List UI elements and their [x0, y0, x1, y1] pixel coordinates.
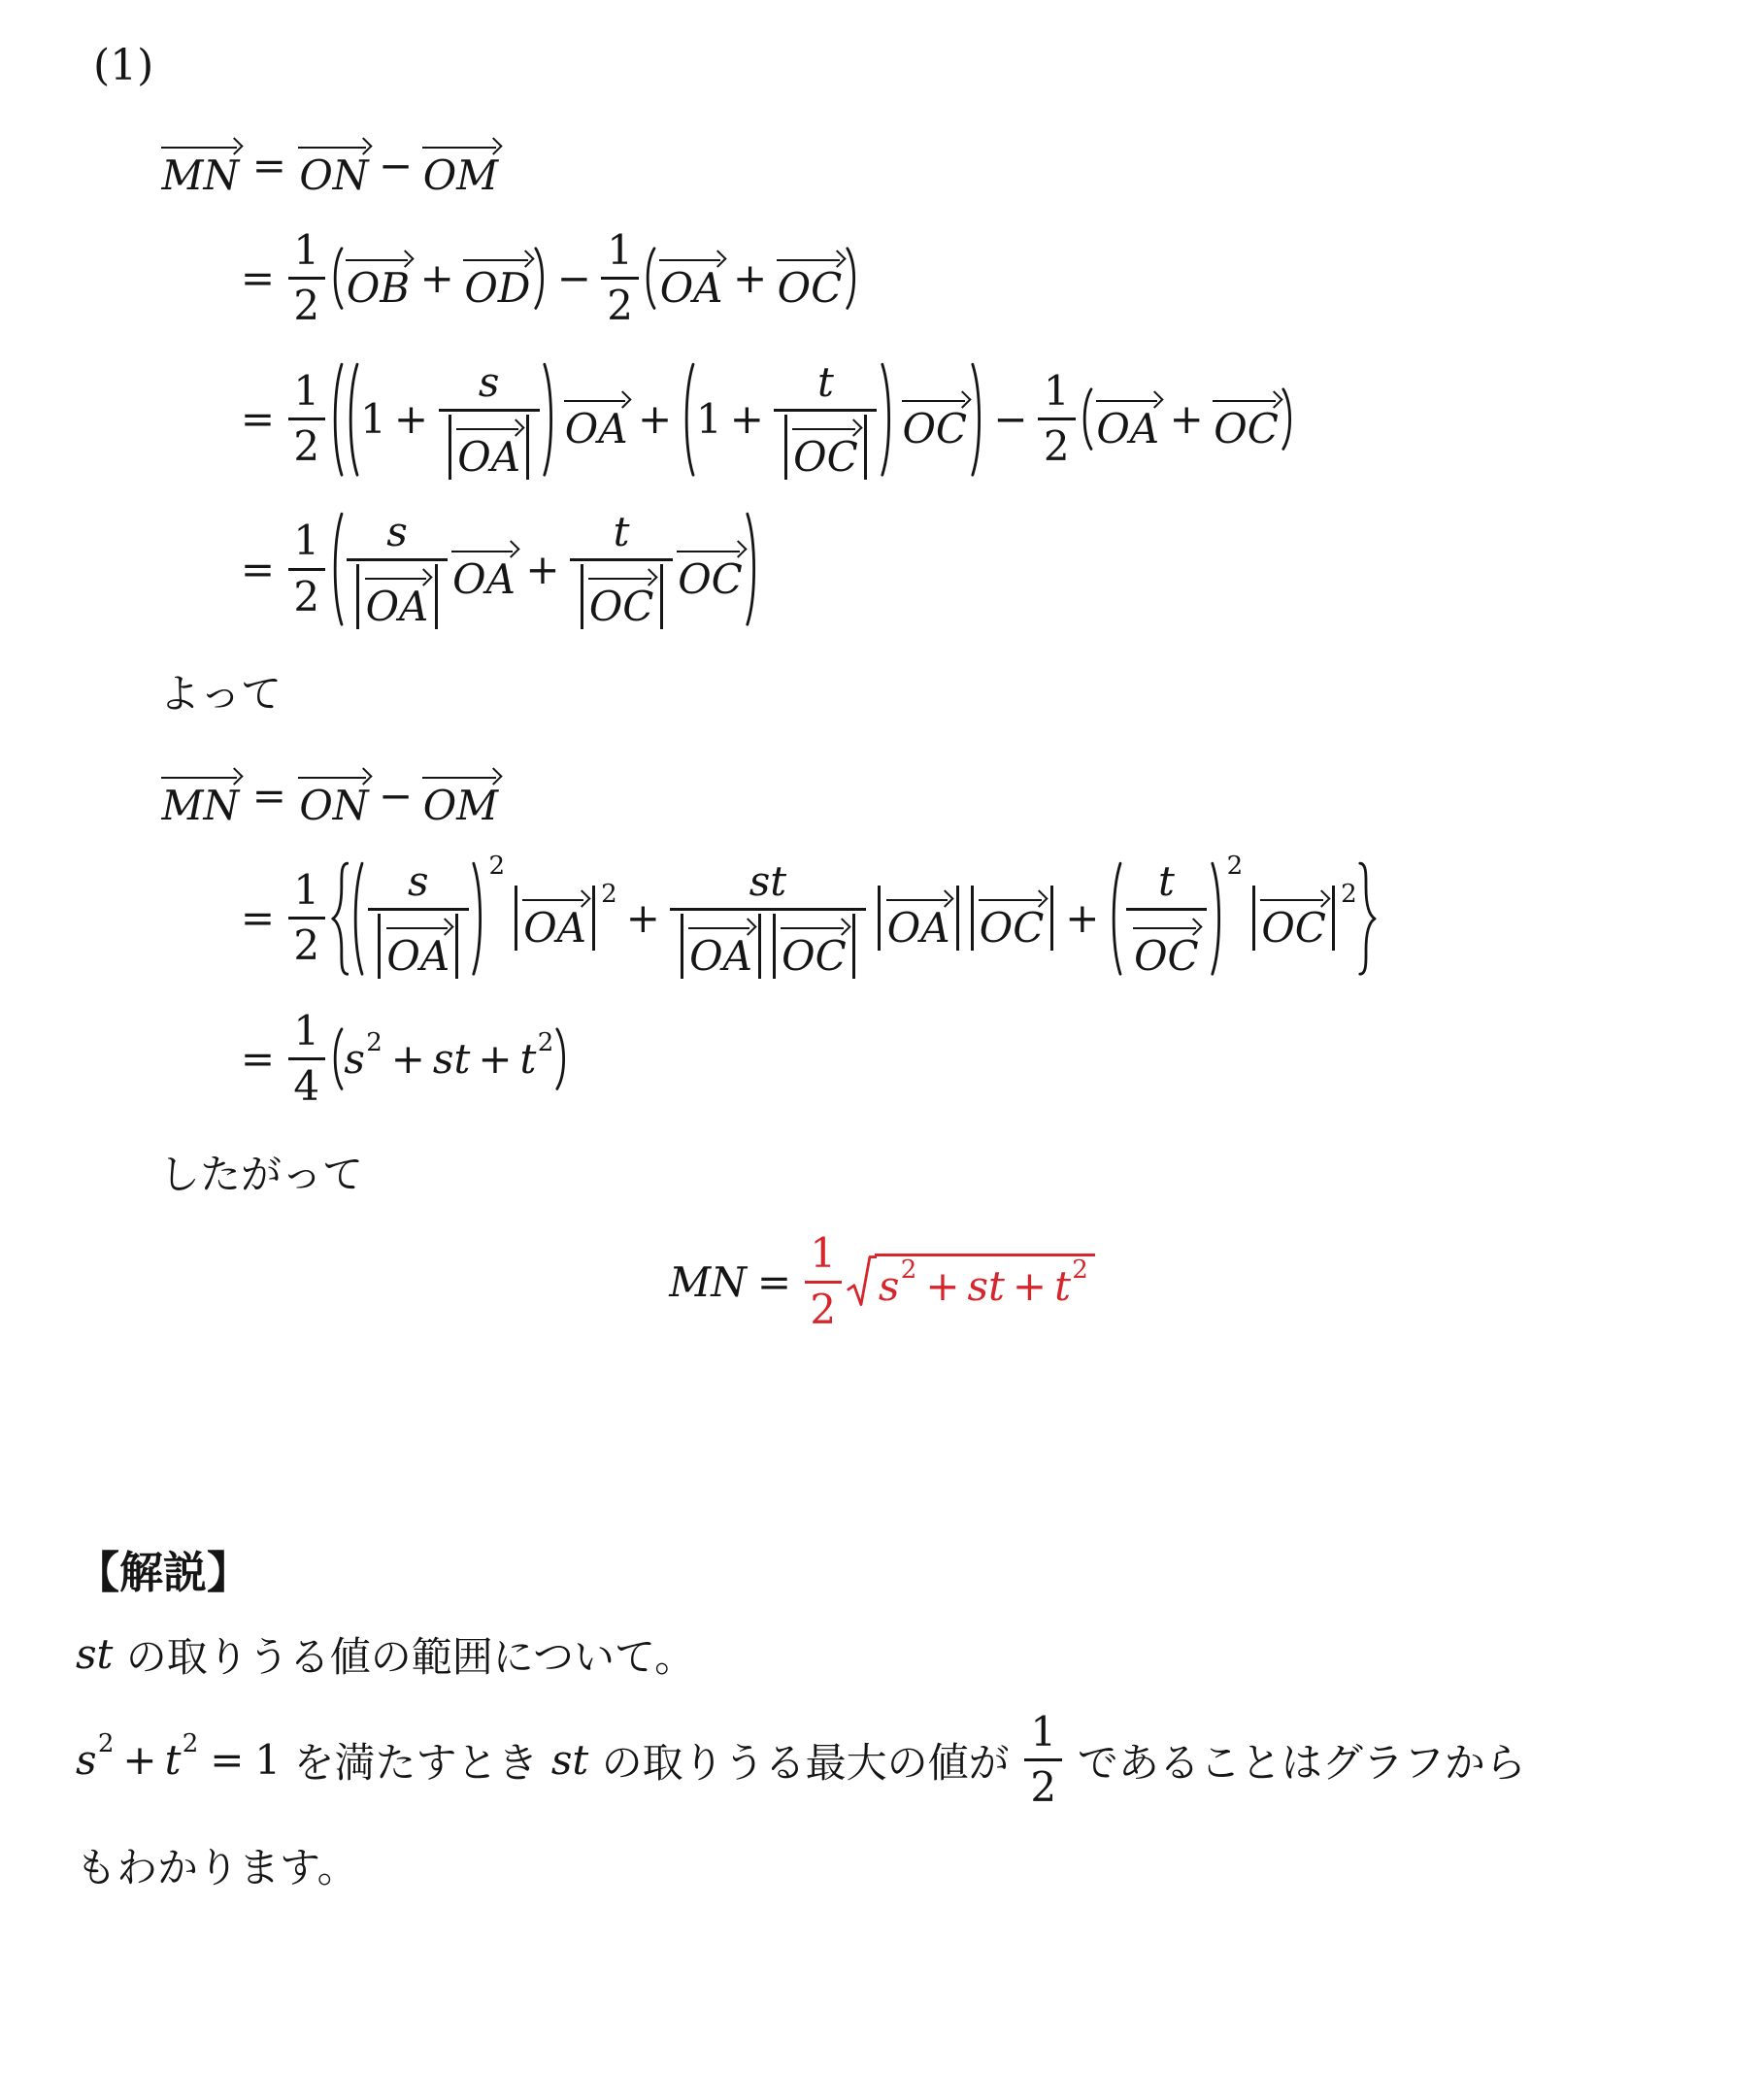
math-number: 1: [696, 395, 722, 443]
math-content: [649, 249, 655, 309]
math-content: [474, 863, 481, 974]
numerator: 1: [1038, 368, 1075, 418]
superscript: 2: [183, 1731, 199, 1756]
fraction: 12: [601, 227, 638, 329]
math-row: OA: [363, 564, 431, 629]
vector-symbol: OM: [420, 133, 500, 198]
vector-letters: OA: [521, 906, 589, 951]
math-content: [356, 863, 363, 974]
stretchy-delimiter: [344, 359, 360, 480]
math-content: [536, 249, 543, 309]
vector-letters: OA: [455, 435, 523, 480]
math-content: [332, 863, 347, 974]
equation-line: =121+sOAOA+1+tOCOC−12OA+OC: [230, 359, 1764, 480]
parenthesized-group: sOA: [349, 858, 487, 979]
vector-letters: OC: [900, 407, 970, 452]
superscript: 2: [489, 853, 506, 879]
math-number: 2: [607, 283, 633, 329]
vector-letters: OC: [676, 557, 746, 602]
equation-line: MN=ON−OM: [159, 133, 1764, 198]
explanation-line-1: st の取りうる値の範囲について。: [76, 1625, 1764, 1684]
math-content: [1115, 863, 1121, 974]
vector-arrow-icon: [462, 246, 533, 266]
japanese-text: の取りうる最大の値が: [588, 1731, 1022, 1790]
stretchy-delimiter: [533, 246, 549, 311]
vector-letters: OA: [884, 906, 952, 951]
math-content: [848, 1257, 876, 1305]
vector-symbol: OA: [384, 914, 452, 979]
abs-bar: [526, 415, 529, 480]
vector-symbol: OA: [657, 246, 725, 311]
vector-symbol: OC: [977, 886, 1047, 951]
vector-symbol: MN: [159, 763, 242, 828]
absolute-value: OA: [445, 415, 533, 480]
vector-symbol: OA: [884, 886, 952, 951]
parenthesized-group: 1+sOA: [344, 359, 558, 480]
vector-symbol: MN: [159, 133, 242, 198]
math-content: [882, 364, 889, 475]
equals-sign: =: [210, 1736, 244, 1784]
vector-arrow-icon: [780, 914, 849, 934]
math-number: 1: [1030, 1709, 1056, 1756]
denominator: 2: [1024, 1758, 1061, 1811]
math-number: 2: [810, 1287, 836, 1333]
denominator: OAOC: [670, 908, 865, 979]
vector-arrow-icon: [586, 564, 656, 585]
math-row: OC: [780, 914, 849, 979]
vector-arrow-icon: [1094, 386, 1162, 407]
math-operator: +: [478, 1035, 512, 1083]
math-number: 1: [293, 1008, 319, 1054]
math-operator: +: [420, 254, 454, 302]
math-operator: +: [394, 395, 428, 443]
denominator: 4: [288, 1057, 325, 1110]
vector-letters: OA: [562, 407, 630, 452]
numerator: 1: [288, 1008, 325, 1057]
math-number: 2: [1030, 1764, 1056, 1811]
math-row: OA: [455, 415, 523, 480]
fraction: tOC: [570, 509, 673, 629]
superscript: 2: [1072, 1257, 1088, 1283]
math-operator: −: [993, 395, 1027, 443]
math-operator: +: [638, 395, 672, 443]
absolute-value: OC: [781, 415, 871, 480]
vector-symbol: OA: [1094, 386, 1162, 452]
final-answer-equation: MN=12s2+st+t2: [0, 1230, 1764, 1332]
vector-letters: MN: [159, 784, 242, 828]
math-number: 1: [293, 368, 319, 415]
math-operator: +: [925, 1262, 959, 1310]
math-content: [335, 514, 342, 624]
superscript: 2: [901, 1257, 917, 1283]
numerator: 1: [288, 227, 325, 277]
vector-symbol: ON: [297, 133, 371, 198]
vector-symbol: OM: [420, 763, 500, 828]
math-number: 1: [607, 227, 633, 274]
abs-bar: [956, 886, 959, 951]
fraction: 12: [1024, 1709, 1061, 1811]
math-number: 2: [1044, 423, 1070, 470]
math-row: tOC: [1123, 858, 1209, 979]
fraction: sOA: [368, 858, 469, 979]
vector-letters: MN: [159, 153, 242, 198]
numerator: s: [473, 359, 505, 409]
math-variable: t: [1158, 858, 1175, 905]
absolute-value: OC: [769, 914, 859, 979]
numerator: s: [381, 509, 413, 558]
vector-arrow-icon: [521, 886, 589, 906]
math-variable: t: [614, 509, 630, 555]
fraction: sOA: [439, 359, 540, 480]
math-number: 1: [254, 1736, 281, 1784]
vector-arrow-icon: [562, 386, 630, 407]
equals-sign: =: [241, 1035, 275, 1083]
vector-letters: OA: [687, 934, 755, 979]
math-row: 1+sOA: [360, 359, 542, 480]
equation-line: =12sOA2OA2+stOAOCOAOC+tOC2OC2: [230, 858, 1764, 979]
vector-arrow-icon: [344, 246, 412, 266]
stretchy-delimiter: [845, 246, 861, 311]
math-content: [335, 249, 342, 309]
math-content: [335, 1029, 342, 1089]
numerator: t: [812, 359, 840, 409]
denominator: OC: [570, 558, 673, 629]
stretchy-delimiter: [1281, 386, 1297, 452]
vector-letters: ON: [297, 784, 371, 828]
absolute-value: OC: [577, 564, 667, 629]
square-root: s2+st+t2: [847, 1254, 1095, 1309]
numerator: 1: [288, 867, 325, 917]
superscript: 2: [1341, 882, 1357, 907]
fraction: 12: [1038, 368, 1075, 470]
vector-derivation-1: MN=ON−OM=12OB+OD−12OA+OC=121+sOAOA+1+tOC…: [159, 133, 1764, 629]
stretchy-delimiter: [641, 246, 657, 311]
math-content: [335, 364, 342, 475]
abs-bar: [784, 415, 787, 480]
vector-arrow-icon: [1212, 386, 1281, 407]
abs-bar: [592, 886, 595, 951]
colored-math: 12s2+st+t2: [802, 1230, 1095, 1332]
vector-arrow-icon: [900, 386, 970, 407]
denominator: 2: [288, 917, 325, 969]
math-variable: s: [386, 509, 408, 555]
math-row: OC: [586, 564, 656, 629]
vector-symbol: OC: [900, 386, 970, 452]
abs-bar: [864, 415, 867, 480]
vector-letters: OM: [420, 784, 500, 828]
math-row: 1+sOAOA+1+tOCOC: [344, 359, 969, 480]
abs-bar: [660, 564, 663, 629]
math-number: 2: [293, 574, 319, 620]
vector-arrow-icon: [1132, 914, 1202, 934]
math-variable: t: [520, 1035, 537, 1083]
vector-arrow-icon: [657, 246, 725, 266]
vector-arrow-icon: [159, 763, 242, 784]
math-solution-document: (1)MN=ON−OM=12OB+OD−12OA+OC=121+sOAOA+1+…: [0, 0, 1764, 1894]
vector-letters: OC: [791, 435, 861, 480]
japanese-text: したがって: [159, 1143, 363, 1201]
math-row: OC: [791, 415, 861, 480]
stretchy-delimiter: [880, 359, 896, 480]
stretchy-delimiter: [328, 1026, 345, 1091]
vector-letters: OD: [462, 266, 533, 311]
vector-arrow-icon: [455, 415, 523, 435]
vector-letters: OC: [1212, 407, 1281, 452]
fraction: 12: [288, 227, 325, 329]
numerator: 1: [288, 518, 325, 567]
math-number: 2: [293, 922, 319, 969]
math-row: OC: [1259, 886, 1329, 951]
math-variable: t: [165, 1736, 182, 1784]
fraction: tOC: [1126, 858, 1207, 979]
abs-bar: [356, 564, 359, 629]
vector-letters: OA: [1094, 407, 1162, 452]
parenthesized-group: 1+sOAOA+1+tOCOC: [328, 359, 986, 480]
math-content: [1212, 863, 1218, 974]
math-operator: +: [391, 1035, 425, 1083]
math-variable: s: [879, 1262, 900, 1310]
vector-arrow-icon: [884, 886, 952, 906]
abs-bar: [773, 914, 776, 979]
math-row: s2+st+t2: [344, 1035, 554, 1083]
vector-arrow-icon: [159, 133, 242, 153]
math-variable: st: [749, 858, 786, 905]
vector-letters: OA: [363, 585, 431, 629]
equals-sign: =: [757, 1258, 791, 1306]
abs-bar: [1332, 886, 1335, 951]
math-number: 1: [293, 518, 319, 564]
equation-line: MN=ON−OM: [159, 763, 1764, 828]
abs-bar: [681, 914, 683, 979]
vector-arrow-icon: [297, 133, 371, 153]
abs-bar: [852, 914, 855, 979]
math-number: 1: [810, 1230, 836, 1277]
math-variable: s: [408, 858, 429, 905]
math-number: 1: [293, 867, 319, 914]
vector-letters: OB: [344, 266, 412, 311]
fraction: tOC: [774, 359, 877, 480]
abs-bar: [435, 564, 438, 629]
math-content: [972, 364, 979, 475]
math-variable: st: [968, 1262, 1005, 1310]
vector-arrow-icon: [775, 246, 845, 266]
parenthesized-group: tOC: [1107, 858, 1225, 979]
stretchy-delimiter: [745, 509, 761, 629]
vector-symbol: OC: [791, 415, 861, 480]
vector-symbol: OA: [363, 564, 431, 629]
parenthesized-group: OA+OC: [1078, 386, 1297, 452]
equation-line: =14s2+st+t2: [230, 1008, 1764, 1110]
fraction: 14: [288, 1008, 325, 1110]
vector-symbol: OA: [455, 415, 523, 480]
numerator: 1: [1024, 1709, 1061, 1758]
math-operator: −: [379, 772, 413, 820]
math-operator: −: [557, 254, 591, 302]
vector-derivation-2: MN=ON−OM=12sOA2OA2+stOAOCOAOC+tOC2OC2=14…: [159, 763, 1764, 1110]
abs-bar: [515, 886, 517, 951]
math-row: sOAOA+tOCOC: [344, 509, 745, 629]
vector-symbol: OD: [462, 246, 533, 311]
math-content: [1359, 863, 1374, 974]
math-variable: s: [76, 1736, 97, 1784]
numerator: s: [402, 858, 434, 908]
math-operator: +: [1170, 395, 1204, 443]
math-row: OA: [521, 886, 589, 951]
math-operator: +: [626, 894, 660, 942]
vector-symbol: OC: [1212, 386, 1281, 452]
vector-symbol: OB: [344, 246, 412, 311]
absolute-value: OA: [875, 886, 963, 951]
math-content: [351, 364, 358, 475]
stretchy-delimiter: [1107, 858, 1123, 979]
vector-letters: ON: [297, 153, 371, 198]
abs-bar: [581, 564, 583, 629]
parenthesized-group: OA+OC: [641, 246, 860, 311]
absolute-value: OC: [1248, 886, 1339, 951]
vector-arrow-icon: [384, 914, 452, 934]
math-variable: st: [76, 1630, 113, 1678]
stretchy-delimiter: [542, 359, 558, 480]
radicand: s2+st+t2: [875, 1254, 1095, 1309]
vector-letters: OC: [977, 906, 1047, 951]
vector-letters: OA: [450, 557, 518, 602]
vector-letters: OC: [780, 934, 849, 979]
math-number: 1: [360, 395, 386, 443]
japanese-text: よって: [159, 662, 282, 720]
math-content: [1084, 389, 1091, 450]
section-gap: [0, 1333, 1764, 1498]
math-row: OA: [687, 914, 755, 979]
equals-sign: =: [252, 142, 286, 189]
radical-sign: [847, 1254, 877, 1309]
stretchy-delimiter: [680, 359, 696, 480]
vector-symbol: OA: [450, 537, 518, 602]
japanese-text: の取りうる値の範囲について。: [113, 1625, 695, 1684]
denominator: 2: [288, 277, 325, 329]
absolute-value: OA: [374, 914, 462, 979]
vector-symbol: OA: [562, 386, 630, 452]
superscript: 2: [98, 1731, 115, 1756]
explanation-heading: 【解説】: [76, 1537, 1764, 1600]
math-row: 1+tOC: [696, 359, 880, 480]
numerator: st: [744, 858, 792, 908]
math-operator: +: [733, 254, 767, 302]
math-number: 2: [293, 283, 319, 329]
denominator: 2: [288, 568, 325, 620]
abs-bar: [971, 886, 974, 951]
denominator: 2: [601, 277, 638, 329]
math-variable: MN: [669, 1258, 747, 1306]
absolute-value: OA: [353, 564, 442, 629]
equals-sign: =: [252, 772, 286, 820]
superscript: 2: [538, 1030, 554, 1055]
math-row: OA: [384, 914, 452, 979]
numerator: 1: [601, 227, 638, 277]
parenthesized-group: OB+OD: [328, 246, 549, 311]
math-content: [748, 514, 754, 624]
vector-letters: OC: [1132, 934, 1202, 979]
denominator: OA: [368, 908, 469, 979]
stretchy-delimiter: [1358, 858, 1380, 979]
problem-label: (1): [93, 41, 1764, 90]
abs-bar: [378, 914, 381, 979]
numerator: t: [608, 509, 636, 558]
vector-symbol: OC: [586, 564, 656, 629]
equals-sign: =: [241, 254, 275, 302]
math-operator: +: [122, 1736, 156, 1784]
vector-arrow-icon: [676, 537, 746, 557]
numerator: 1: [288, 368, 325, 418]
absolute-value: OC: [967, 886, 1057, 951]
math-row: sOA2OA2+stOAOCOAOC+tOC2OC2: [349, 858, 1357, 979]
connector-yotte: よって: [159, 662, 1764, 720]
denominator: 2: [288, 418, 325, 470]
denominator: OC: [774, 409, 877, 480]
vector-arrow-icon: [450, 537, 518, 557]
math-row: OA+OC: [657, 246, 845, 311]
fraction: 12: [288, 518, 325, 619]
braced-group: sOA2OA2+stOAOCOAOC+tOC2OC2: [328, 858, 1380, 979]
absolute-value: OA: [677, 914, 765, 979]
denominator: OA: [347, 558, 448, 629]
math-number: 4: [293, 1063, 319, 1110]
denominator: 2: [1038, 418, 1075, 470]
numerator: 1: [805, 1230, 842, 1280]
math-number: 2: [293, 423, 319, 470]
stretchy-delimiter: [970, 359, 986, 480]
equals-sign: =: [241, 395, 275, 443]
math-content: [1283, 389, 1290, 450]
math-variable: t: [817, 359, 834, 406]
math-variable: s: [344, 1035, 365, 1083]
abs-bar: [455, 914, 458, 979]
vector-symbol: OC: [676, 537, 746, 602]
parenthesized-group: sOAOA+tOCOC: [328, 509, 762, 629]
math-variable: s: [479, 359, 500, 406]
math-row: sOA: [365, 858, 471, 979]
fraction: 12: [288, 368, 325, 470]
vector-symbol: OC: [1259, 886, 1329, 951]
vector-arrow-icon: [363, 564, 431, 585]
vector-arrow-icon: [791, 415, 861, 435]
math-variable: t: [1054, 1262, 1071, 1310]
vector-arrow-icon: [420, 763, 500, 784]
superscript: 2: [601, 882, 617, 907]
stretchy-delimiter: [349, 858, 365, 979]
abs-bar: [449, 415, 451, 480]
vector-symbol: ON: [297, 763, 371, 828]
denominator: OA: [439, 409, 540, 480]
math-number: 1: [293, 227, 319, 274]
abs-bar: [1252, 886, 1255, 951]
math-operator: −: [379, 142, 413, 189]
stretchy-delimiter: [328, 246, 345, 311]
japanese-text: を満たすとき: [281, 1731, 551, 1790]
math-row: OC: [977, 886, 1047, 951]
math-content: [545, 364, 551, 475]
math-variable: st: [433, 1035, 470, 1083]
math-number: 1: [1044, 368, 1070, 415]
vector-arrow-icon: [297, 763, 371, 784]
vector-symbol: OC: [1132, 914, 1202, 979]
math-operator: +: [1065, 894, 1099, 942]
explanation-line-3: もわかります。: [76, 1836, 1764, 1894]
japanese-text: であることはグラフから: [1064, 1731, 1525, 1790]
stretchy-delimiter: [328, 359, 345, 480]
math-content: [848, 249, 854, 309]
vector-symbol: OC: [775, 246, 845, 311]
math-operator: +: [525, 546, 559, 593]
